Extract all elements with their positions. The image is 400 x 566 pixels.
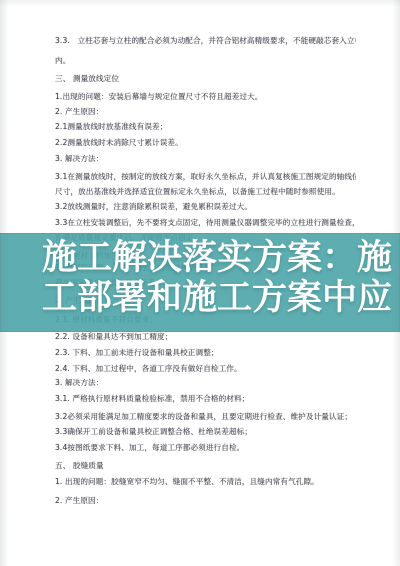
document-line: 2. 产生原因： <box>55 107 356 117</box>
document-line: 2.2测量放线时未消除尺寸累计误差。 <box>55 138 356 148</box>
document-line: 五、 胶缝质量 <box>55 461 356 471</box>
document-page: 3.3. 立柱芯套与立柱的配合必须为动配合，并符合铝材高精级要求，不能硬敲芯套入… <box>0 0 400 566</box>
document-line: 尺寸，放出基准线并选择适宜位置标定永久坐标点，以备施工过程中随时参照使用。 <box>55 187 356 197</box>
document-line: 3.3. 立柱芯套与立柱的配合必须为动配合，并符合铝材高精级要求，不能硬敲芯套入… <box>55 36 356 46</box>
document-line: 1.出现的问题：安装后幕墙与规定位置尺寸不符且超差过大。 <box>55 92 356 102</box>
page-title-line-1: 施工解决落实方案：施 <box>42 238 398 278</box>
document-line: 3.3确保开工前设备和量具校正调整合格、杜绝误差超标； <box>55 427 356 437</box>
document-line: 内。 <box>55 56 356 66</box>
page-title-line-2: 工部署和施工方案中应 <box>42 278 398 318</box>
title-banner-overlay: 施工解决落实方案：施 工部署和施工方案中应 <box>0 233 400 332</box>
document-line: 3.2放线测量时，注意消除累积误差，避免累积误差过大。 <box>55 202 356 212</box>
document-line: 3.3在立柱安装调整后，先不要将支点固定，待用测量仪器调整完毕的立柱进行测量检查… <box>55 218 356 228</box>
document-line: 3. 解决方法： <box>55 154 356 164</box>
document-line: 2.4. 下料、加工过程中，各道工序没有做好自检工作。 <box>55 364 356 374</box>
document-line: 3. 解决方法： <box>55 378 356 388</box>
document-line: 3.1. 严格执行原材料质量检验标准，禁用不合格的材料； <box>55 394 356 404</box>
document-line: 2.3. 下料、加工前未进行设备和量具校正调整； <box>55 348 356 358</box>
document-line: 三、 测量放线定位 <box>55 74 356 84</box>
document-line: 2.2. 设备和量具达不到加工精度； <box>55 332 356 342</box>
document-line: 2. 产生原因： <box>55 496 356 506</box>
page-title: 施工解决落实方案：施 工部署和施工方案中应 <box>42 238 398 330</box>
document-line: 1. 出现的问题：胶缝宽窄不均匀、缝面不平整、不清洁，且缝内常有气孔隙。 <box>55 477 356 487</box>
document-line: 3.4按图纸要求下料、加工，每道工序都必须进行自检。 <box>55 443 356 453</box>
document-line: 3.2必须采用能满足加工精度要求的设备和量具，且要定期进行检查、维护及计量认证； <box>55 412 356 422</box>
document-line: 3.1在测量放线时，按制定的放线方案，取好永久坐标点，并认真复核施工图规定的轴线… <box>55 172 356 182</box>
document-line: 2.1测量放线时放基准线有误差； <box>55 122 356 132</box>
